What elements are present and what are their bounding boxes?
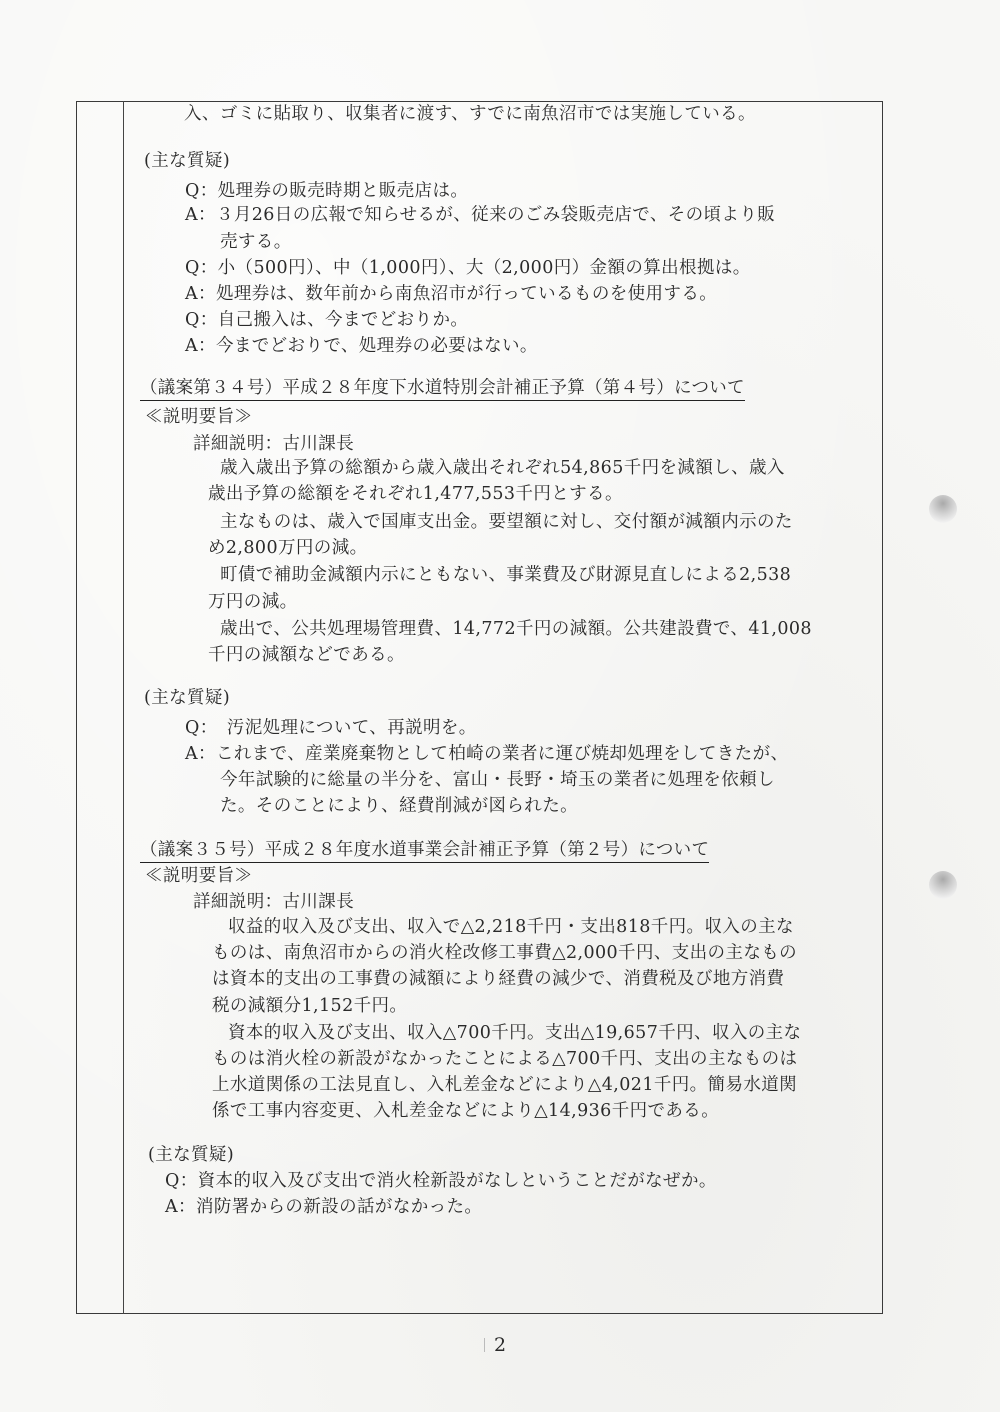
qa-line: た。そのことにより、経費削減が図られた。	[220, 796, 578, 816]
qa-line: Q：資本的収入及び支出で消火栓新設がなしということだがなぜか。	[165, 1171, 717, 1191]
section-heading: （議案第３４号）平成２８年度下水道特別会計補正予算（第４号）について	[140, 378, 745, 401]
punch-hole-top	[929, 495, 957, 523]
text-line: Q：小（500円）、中（1,000円）、大（2,000円）金額の算出根拠は。	[185, 258, 751, 278]
text-line: (主な質疑)	[144, 151, 230, 171]
qa-label: (主な質疑)	[148, 1145, 234, 1165]
explanation-line: 歳出予算の総額をそれぞれ1,477,553千円とする。	[208, 484, 623, 504]
explanation-line: ものは消火栓の新設がなかったことによる△700千円、支出の主なものは	[212, 1049, 797, 1069]
text-line: 売する。	[220, 232, 292, 252]
explanation-line: 上水道関係の工法見直し、入札差金などにより△4,021千円。簡易水道関	[212, 1075, 797, 1095]
qa-label: (主な質疑)	[144, 688, 230, 708]
explanation-line: 資本的収入及び支出、収入△700千円。支出△19,657千円、収入の主な	[228, 1023, 801, 1043]
explanation-line: ものは、南魚沼市からの消火栓改修工事費△2,000千円、支出の主なもの	[212, 943, 797, 963]
page-number: 2	[494, 1334, 506, 1356]
explanation-line: 歳入歳出予算の総額から歳入歳出それぞれ54,865千円を減額し、歳入	[220, 458, 785, 478]
explanation-line: 税の減額分1,152千円。	[212, 996, 407, 1016]
text-line: 入、ゴミに貼取り、収集者に渡す、すでに南魚沼市では実施している。	[184, 104, 756, 124]
text-line: A：３月26日の広報で知らせるが、従来のごみ袋販売店で、その頃より販	[185, 205, 775, 225]
qa-line: Q： 汚泥処理について、再説明を。	[185, 718, 477, 738]
page-mark	[484, 1338, 485, 1352]
section-heading: （議案３５号）平成２８年度水道事業会計補正予算（第２号）について	[140, 840, 709, 863]
text-line: A：今までどおりで、処理券の必要はない。	[185, 336, 538, 356]
explanation-line: は資本的支出の工事費の減額により経費の減少で、消費税及び地方消費	[212, 969, 784, 989]
summary-label: ≪説明要旨≫	[145, 866, 252, 886]
punch-hole-bottom	[929, 871, 957, 899]
qa-line: 今年試験的に総量の半分を、富山・長野・埼玉の業者に処理を依頼し	[220, 770, 775, 790]
explanation-line: 歳出で、公共処理場管理費、14,772千円の減額。公共建設費で、41,008	[220, 619, 812, 639]
summary-label: ≪説明要旨≫	[145, 407, 252, 427]
text-line: Q：自己搬入は、今までどおりか。	[185, 310, 468, 330]
explanation-line: 係で工事内容変更、入札差金などにより△14,936千円である。	[212, 1101, 719, 1121]
qa-line: A：消防署からの新設の話がなかった。	[165, 1197, 482, 1217]
explanation-line: 詳細説明：古川課長	[193, 434, 354, 454]
explanation-line: 万円の減。	[208, 592, 298, 612]
explanation-line: 詳細説明：古川課長	[193, 892, 354, 912]
explanation-line: め2,800万円の減。	[208, 538, 368, 558]
explanation-line: 千円の減額などである。	[208, 645, 405, 665]
text-line: Q：処理券の販売時期と販売店は。	[185, 181, 468, 201]
text-line: A：処理券は、数年前から南魚沼市が行っているものを使用する。	[185, 284, 717, 304]
explanation-line: 収益的収入及び支出、収入で△2,218千円・支出818千円。収入の主な	[228, 917, 794, 937]
table-column-divider	[123, 101, 124, 1314]
qa-line: A：これまで、産業廃棄物として柏崎の業者に運び焼却処理をしてきたが、	[185, 744, 788, 764]
explanation-line: 町債で補助金減額内示にともない、事業費及び財源見直しによる2,538	[220, 565, 791, 585]
explanation-line: 主なものは、歳入で国庫支出金。要望額に対し、交付額が減額内示のた	[220, 512, 793, 532]
